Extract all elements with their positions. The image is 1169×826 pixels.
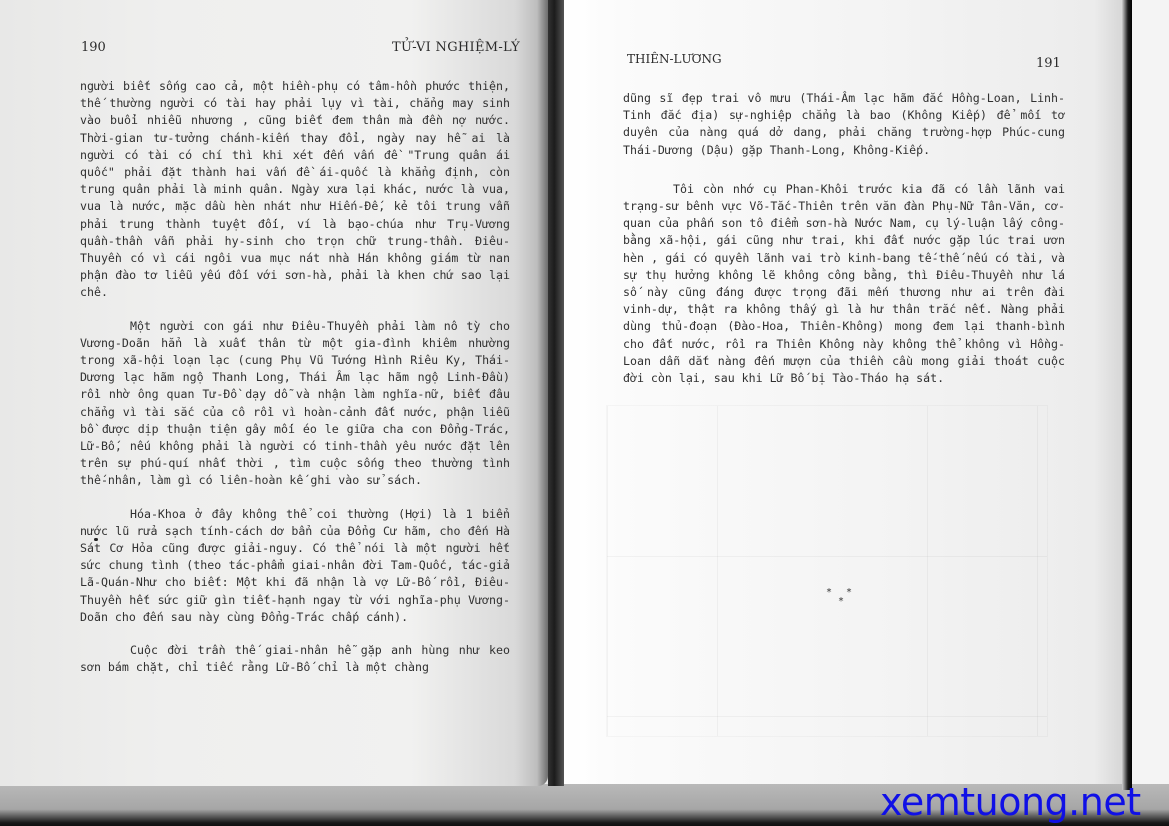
paragraph: Một người con gái như Điêu-Thuyền phải l… xyxy=(80,318,510,490)
left-page-body: người biết sống cao cả, một hiền-phụ có … xyxy=(80,78,510,693)
paragraph: người biết sống cao cả, một hiền-phụ có … xyxy=(80,78,510,302)
watermark: xemtuong.net xyxy=(880,780,1141,824)
running-head-right: THIÊN-LƯƠNG xyxy=(627,52,722,66)
left-page: 190 TỬ-VI NGHIỆM-LÝ người biết sống cao … xyxy=(0,0,548,786)
paragraph: Cuộc đời trần thế giai-nhân hễ gặp anh h… xyxy=(80,642,510,676)
paragraph: Tôi còn nhớ cụ Phan-Khôi trước kia đã có… xyxy=(623,181,1065,387)
book-gutter xyxy=(548,0,564,786)
running-head-left: TỬ-VI NGHIỆM-LÝ xyxy=(392,40,520,55)
bleed-through-chart xyxy=(606,405,1048,737)
section-ornament: * * * xyxy=(826,588,856,606)
asterisk: * xyxy=(834,596,848,607)
paragraph: dũng sĩ đẹp trai vô mưu (Thái-Âm lạc hãm… xyxy=(623,90,1065,159)
paragraph: Hóa-Khoa ở đây không thể coi thường (Hợi… xyxy=(80,506,510,626)
right-page-body: dũng sĩ đẹp trai vô mưu (Thái-Âm lạc hãm… xyxy=(623,90,1065,403)
scan-margin xyxy=(1132,0,1169,784)
page-number-left: 190 xyxy=(81,40,106,55)
page-edge xyxy=(1122,0,1132,790)
page-number-right: 191 xyxy=(1036,56,1061,71)
ink-speck xyxy=(94,538,98,541)
